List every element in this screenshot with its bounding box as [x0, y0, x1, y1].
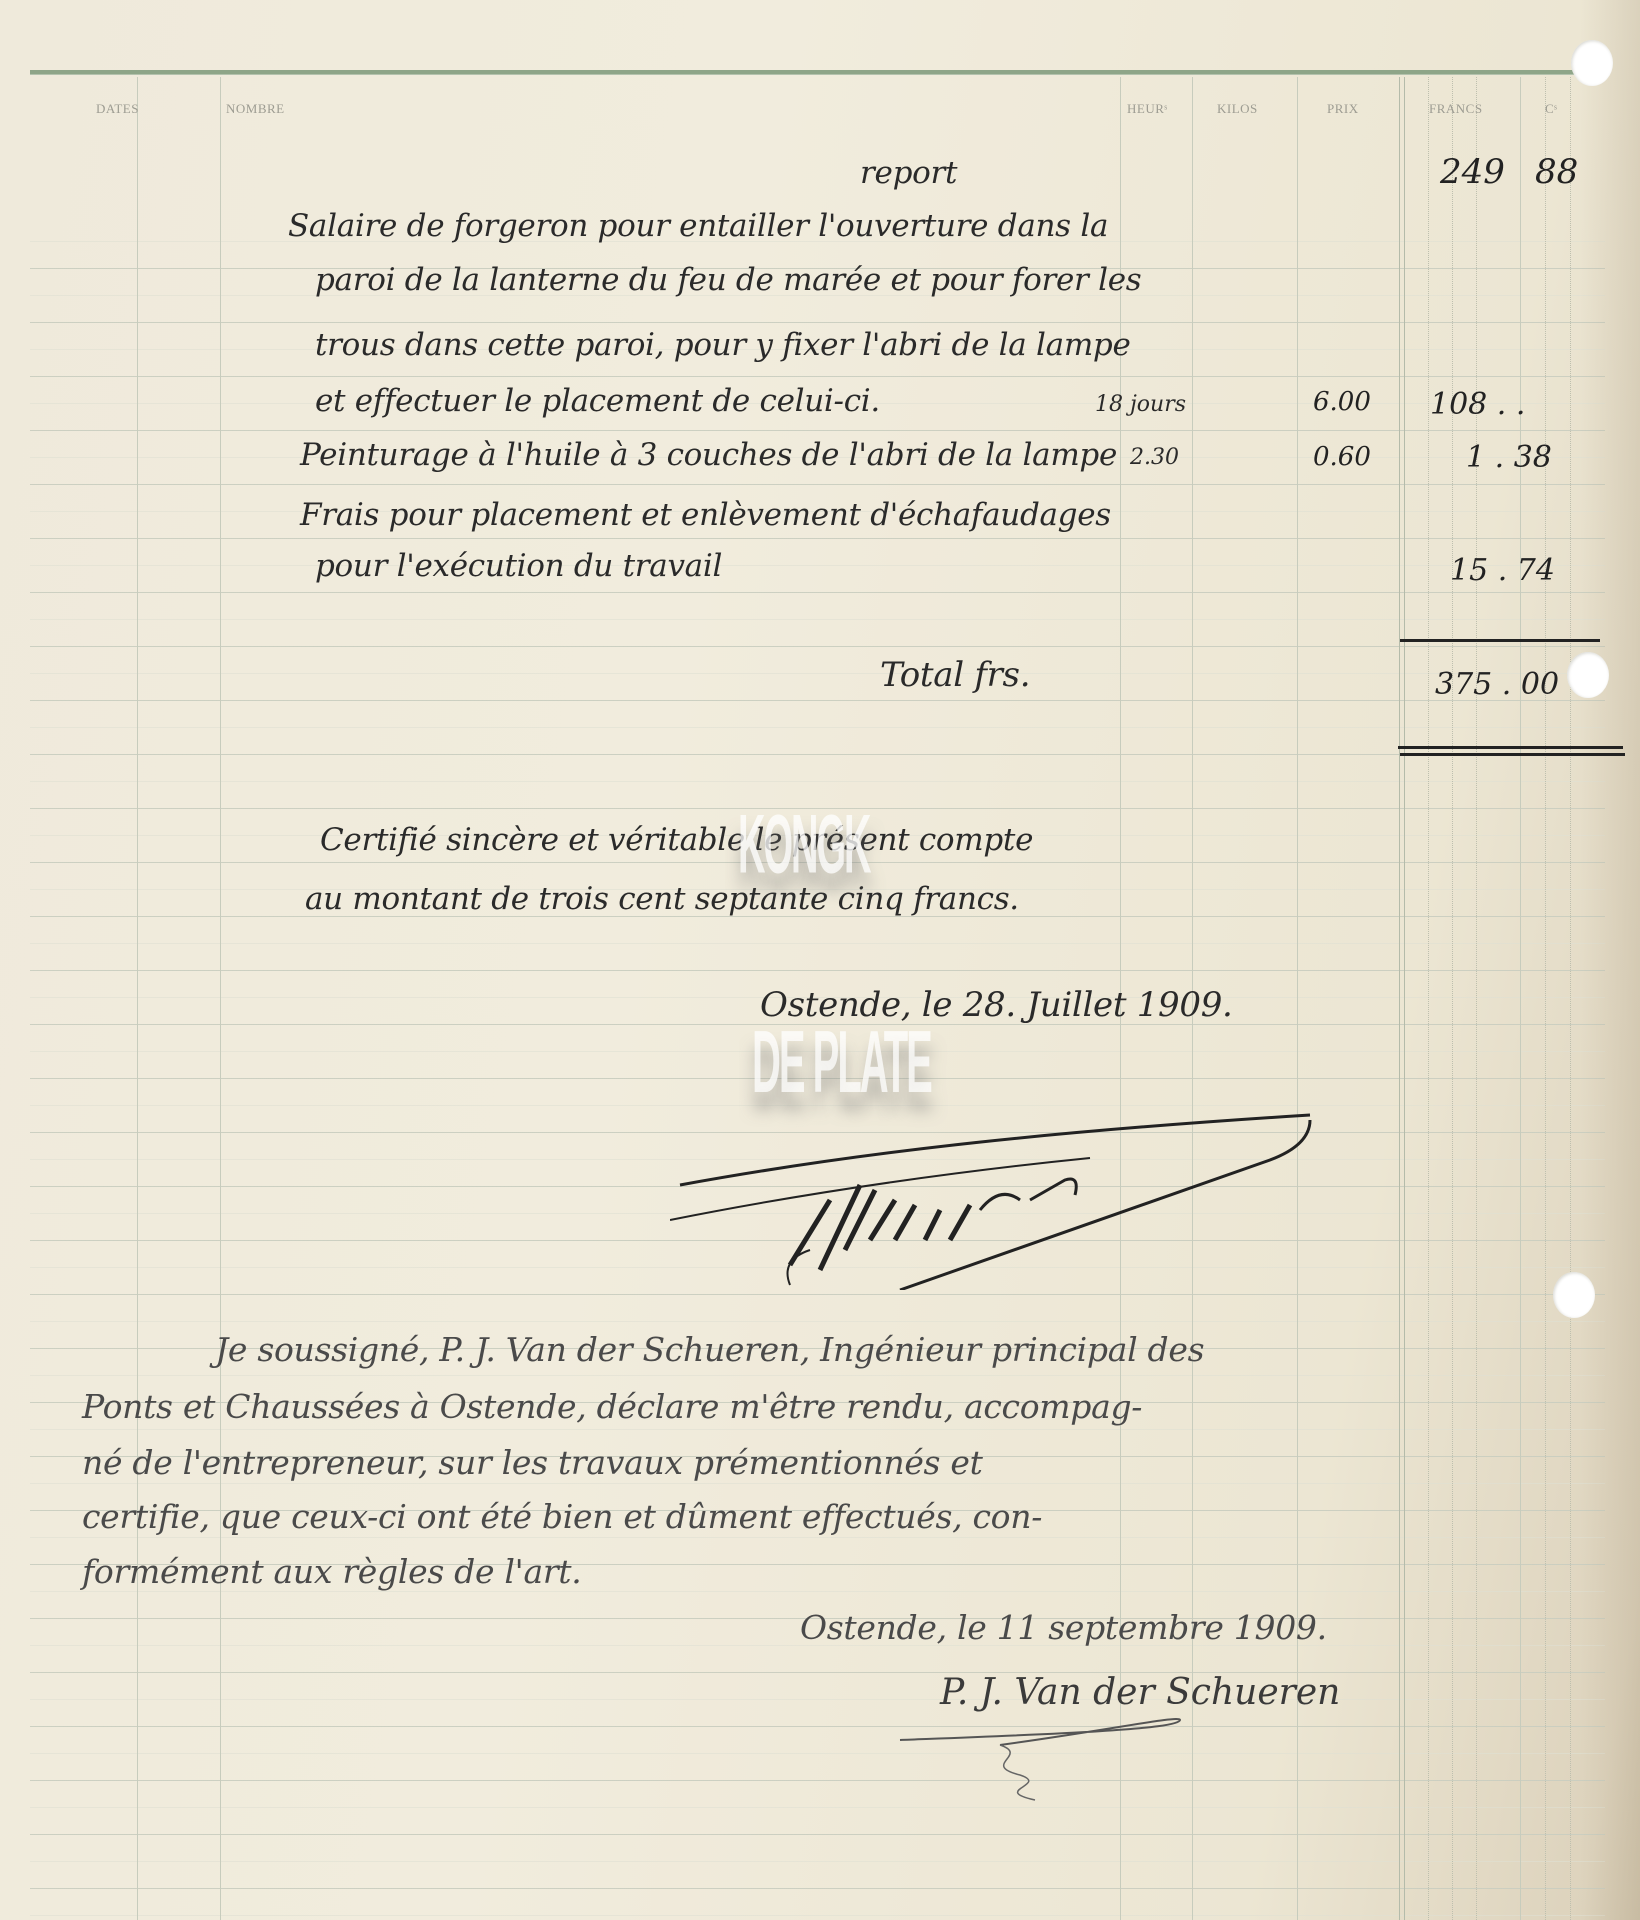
declaration-line: né de l'entrepreneur, sur les travaux pr… — [82, 1443, 983, 1482]
contractor-signature — [670, 1090, 1320, 1290]
item-description-line: trous dans cette paroi, pour y fixer l'a… — [315, 327, 1131, 363]
punch-hole — [1571, 40, 1613, 86]
column-header-dates: DATES — [96, 101, 139, 117]
declaration-line: formément aux règles de l'art. — [82, 1552, 581, 1591]
declaration-line: certifie, que ceux-ci ont été bien et dû… — [82, 1497, 1042, 1536]
punch-hole — [1553, 1272, 1595, 1318]
column-divider — [1545, 77, 1547, 1920]
declaration-line: Je soussigné, P. J. Van der Schueren, In… — [215, 1330, 1204, 1369]
page-edge-shadow — [1580, 0, 1640, 1920]
column-header-heures: HEURˢ — [1127, 101, 1168, 117]
column-divider — [1520, 77, 1521, 1920]
total-label: Total frs. — [880, 655, 1030, 695]
total-top-rule — [1400, 639, 1600, 642]
ledger-page: DATES NOMBRE HEURˢ KILOS PRIX FRANCS Cˢ … — [0, 0, 1640, 1920]
column-divider — [1399, 77, 1400, 1920]
item-description-line: Frais pour placement et enlèvement d'éch… — [300, 497, 1111, 533]
column-divider — [1570, 77, 1572, 1920]
header-rule — [30, 70, 1590, 75]
item-amount: 1 . 38 — [1466, 440, 1552, 475]
column-divider — [220, 77, 221, 1920]
certification-line: au montant de trois cent septante cinq f… — [305, 881, 1019, 917]
item-description-line: Peinturage à l'huile à 3 couches de l'ab… — [300, 437, 1117, 473]
carry-forward-francs: 249 — [1440, 152, 1505, 192]
declaration-line: Ponts et Chaussées à Ostende, déclare m'… — [82, 1387, 1142, 1426]
column-divider — [1452, 77, 1454, 1920]
column-header-centimes: Cˢ — [1545, 101, 1557, 117]
watermark-bottom: DE PLATE — [752, 1015, 931, 1114]
item-description-line: pour l'exécution du travail — [315, 548, 722, 584]
carry-forward-label: report — [860, 155, 957, 191]
item-amount: 108 . . — [1430, 387, 1525, 422]
column-divider — [1476, 77, 1478, 1920]
total-double-rule-bottom — [1400, 753, 1625, 756]
engineer-signature: P. J. Van der Schueren — [940, 1672, 1340, 1713]
item-price: 0.60 — [1313, 442, 1371, 472]
column-divider — [1404, 77, 1405, 1920]
item-description-line: paroi de la lanterne du feu de marée et … — [315, 262, 1141, 298]
column-divider — [137, 77, 138, 1920]
carry-forward-centimes: 88 — [1535, 152, 1578, 192]
item-price: 6.00 — [1313, 387, 1371, 417]
column-header-prix: PRIX — [1327, 101, 1359, 117]
column-header-francs: FRANCS — [1429, 101, 1483, 117]
column-divider — [1428, 77, 1430, 1920]
watermark-top: KONGK — [738, 800, 869, 895]
certification-line: Certifié sincère et véritable le présent… — [320, 822, 1033, 858]
engineer-signature-flourish — [880, 1715, 1280, 1825]
item-description-line: et effectuer le placement de celui-ci. — [315, 383, 880, 419]
column-header-nombre: NOMBRE — [226, 101, 285, 117]
punch-hole — [1567, 652, 1609, 698]
item-description-line: Salaire de forgeron pour entailler l'ouv… — [288, 208, 1108, 244]
declaration-place-date: Ostende, le 11 septembre 1909. — [800, 1608, 1327, 1647]
item-quantity: 2.30 — [1130, 445, 1179, 470]
total-amount: 375 . 00 — [1435, 667, 1559, 702]
item-quantity: 18 jours — [1095, 392, 1186, 417]
total-double-rule-top — [1398, 746, 1623, 749]
item-amount: 15 . 74 — [1450, 553, 1555, 588]
column-header-kilos: KILOS — [1217, 101, 1258, 117]
